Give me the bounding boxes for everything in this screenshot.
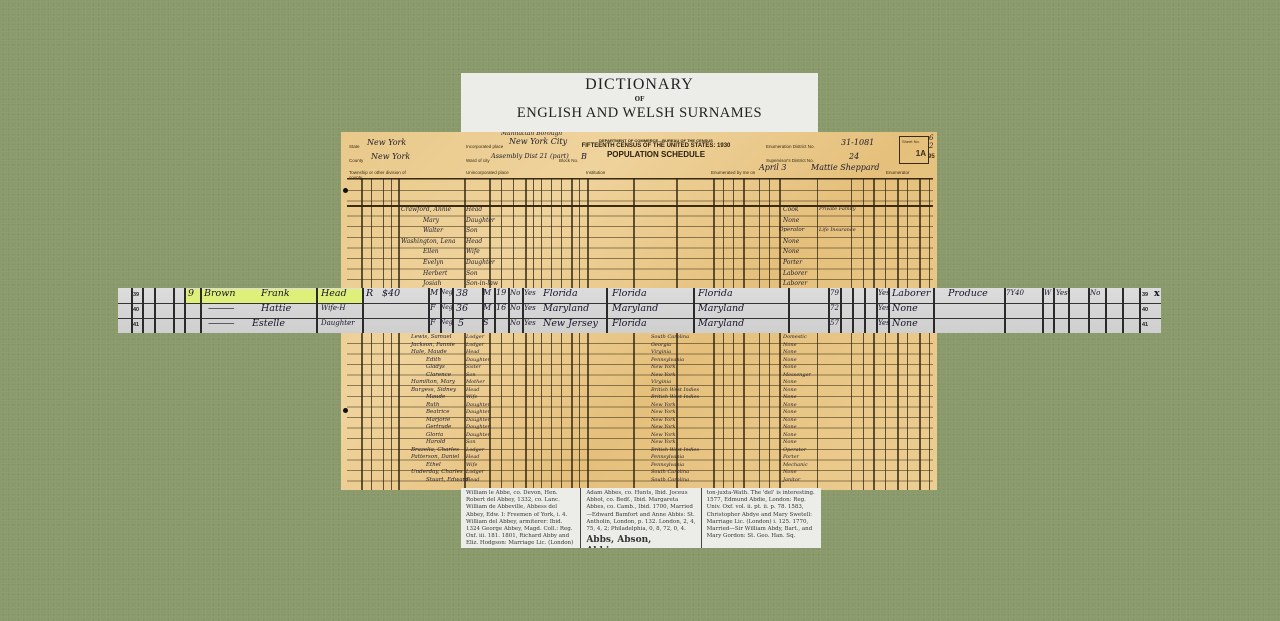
strip-grid-line: [154, 288, 156, 333]
enum-district-value: 31-1081: [841, 138, 874, 147]
census-rows-top: Crawford, Annie Head Cook Private Family…: [401, 207, 931, 292]
census-row: Washington, Lena Head None: [401, 239, 931, 250]
given-name: Frank: [261, 288, 290, 299]
census-row: Evelyn Daughter Porter: [401, 260, 931, 271]
sheet-label: Sheet No.: [900, 137, 928, 146]
line-number-right: 39: [1142, 292, 1148, 298]
grid-line: [398, 178, 400, 490]
county-label: County: [349, 158, 363, 163]
strip-grid-line: [606, 288, 608, 333]
line-number: 41: [133, 322, 139, 328]
state-label: State: [349, 144, 360, 149]
dictionary-column: Adam Abbes, co. Hunts, Ibid. Joceus Abbo…: [581, 488, 701, 548]
literate: Yes: [524, 319, 536, 327]
race: Neg: [440, 319, 453, 326]
enumerator-label: Enumerator: [886, 170, 910, 175]
place-label: Incorporated place: [466, 144, 503, 149]
dictionary-column: William le Abbe, co. Devon, Hen. Robert …: [461, 488, 581, 548]
occ-code: 7Y40: [1006, 289, 1024, 297]
strip-grid-line: [788, 288, 790, 333]
mother-birthplace: Maryland: [698, 303, 744, 314]
code: 57: [830, 319, 839, 327]
literate: Yes: [524, 289, 536, 297]
school: No: [510, 304, 520, 312]
enum-district-label: Enumeration District No.: [766, 144, 815, 149]
occupation: Laborer: [892, 288, 930, 299]
code: 72: [830, 304, 839, 312]
dictionary-of: OF: [461, 96, 818, 103]
strip-grid-line: [142, 288, 144, 333]
school: No: [510, 319, 520, 327]
industry: Produce: [948, 288, 988, 299]
class: W: [1044, 289, 1051, 297]
strip-grid-line: [1053, 288, 1055, 333]
grid-line: [371, 178, 372, 490]
mother-birthplace: Florida: [698, 288, 733, 299]
census-row: Stuart, EdwardHeadSouth CarolinaJanitor: [401, 478, 931, 486]
dictionary-entry-heading: Abbs, Abson, Abbison.—: [586, 535, 695, 548]
strip-grid-line: [200, 288, 202, 333]
code: 79: [830, 289, 839, 297]
school: No: [510, 289, 520, 297]
census-title: FIFTEENTH CENSUS OF THE UNITED STATES: 1…: [546, 143, 766, 149]
strip-grid-line: [1122, 288, 1124, 333]
line-number: 40: [133, 307, 139, 313]
strip-grid-line: [864, 288, 866, 333]
dictionary-entry-text: Adam Abbes, co. Hunts, Ibid. Joceus Abbo…: [586, 490, 695, 532]
home-value: $40: [382, 288, 400, 299]
sheet-value: 1A: [900, 149, 928, 158]
dwelling-number: 9: [188, 288, 194, 299]
employed: Yes: [1056, 289, 1068, 297]
grid-line: [391, 178, 392, 490]
race: Neg: [440, 304, 453, 311]
strip-grid-line: [362, 288, 364, 333]
enumerated-label: Enumerated by me on: [711, 170, 755, 175]
line-number-right: 41: [1142, 322, 1148, 328]
sheet-stamp-top: 6 2: [929, 134, 937, 150]
age: 36: [456, 303, 468, 314]
given-name: Estelle: [252, 318, 285, 329]
father-birthplace: Florida: [612, 318, 647, 329]
dictionary-subtitle: ENGLISH AND WELSH SURNAMES: [461, 105, 818, 122]
dictionary-column: ton-juxta-Wath. The 'del' is interesting…: [702, 488, 821, 548]
birthplace: Maryland: [543, 303, 589, 314]
father-birthplace: Florida: [612, 288, 647, 299]
home-tenure: R: [366, 288, 373, 299]
strip-grid-line: [1068, 288, 1070, 333]
binder-hole: [343, 408, 348, 413]
given-name: Hattie: [261, 303, 291, 314]
census-rows-bottom: Lewis, SamuelLodgerSouth CarolinaDomesti…: [401, 335, 931, 485]
dictionary-excerpt: William le Abbe, co. Devon, Hen. Robert …: [461, 488, 821, 548]
census-header: State New York County New York Township …: [341, 132, 937, 182]
age: 5: [458, 318, 464, 329]
occupation: None: [892, 303, 918, 314]
mother-birthplace: Maryland: [698, 318, 744, 329]
father-birthplace: Maryland: [612, 303, 658, 314]
dictionary-entry-text: ton-juxta-Wath. The 'del' is interesting…: [707, 490, 815, 539]
census-title-block: DEPARTMENT OF COMMERCE—BUREAU OF THE CEN…: [546, 138, 766, 159]
sex: F: [430, 303, 436, 312]
sex: M: [430, 288, 438, 297]
race: Neg: [440, 289, 453, 296]
dictionary-entry-text: William le Abbe, co. Devon, Hen. Robert …: [466, 490, 573, 548]
sex: F: [430, 318, 436, 327]
marital: M: [483, 288, 491, 297]
sheet-stamp-bottom: 95: [928, 154, 935, 160]
strip-grid-line: [840, 288, 842, 333]
ward-label: Ward of city: [466, 158, 490, 163]
mark: x: [1154, 288, 1160, 299]
marital: S: [483, 318, 488, 327]
veteran: No: [1090, 289, 1100, 297]
relation: Wife-H: [321, 304, 346, 312]
ditto-mark: ———: [208, 318, 234, 329]
english: Yes: [878, 319, 890, 327]
literate: Yes: [524, 304, 536, 312]
county-value: New York: [371, 152, 410, 161]
age-married: 16: [496, 303, 506, 312]
surname: Brown: [204, 288, 236, 299]
strip-grid-line: [933, 288, 935, 333]
highlight-strip: 39 40 41 9 Brown Frank Head R $40 M Neg …: [118, 288, 1161, 333]
birthplace: Florida: [543, 288, 578, 299]
ditto-mark: ———: [208, 303, 234, 314]
binder-hole: [343, 188, 348, 193]
age-married: 19: [496, 288, 506, 297]
strip-grid-line: [173, 288, 175, 333]
line-number-right: 40: [1142, 307, 1148, 313]
grid-line: [383, 178, 384, 490]
strip-grid-line: [1105, 288, 1107, 333]
enumerator-name: Mattie Sheppard: [811, 163, 880, 172]
enumerated-date: April 3: [759, 163, 786, 172]
occupation: None: [892, 318, 918, 329]
dictionary-title-card: DICTIONARY OF ENGLISH AND WELSH SURNAMES: [461, 73, 818, 135]
census-schedule: POPULATION SCHEDULE: [546, 150, 766, 159]
age: 38: [456, 288, 468, 299]
english: Yes: [878, 304, 890, 312]
relation: Daughter: [321, 319, 355, 327]
strip-grid-line: [316, 288, 318, 333]
state-value: New York: [367, 138, 406, 147]
sheet-number-box: Sheet No. 1A: [899, 136, 929, 164]
relation: Head: [321, 288, 347, 299]
birthplace: New Jersey: [543, 318, 598, 329]
line-number: 39: [133, 292, 139, 298]
strip-grid-line: [852, 288, 854, 333]
strip-grid-line: [693, 288, 695, 333]
unincorporated-label: Unincorporated place: [466, 170, 509, 175]
institution-label: Institution: [586, 170, 605, 175]
strip-grid-line: [184, 288, 186, 333]
strip-grid-line: [1139, 288, 1141, 333]
english: Yes: [878, 289, 890, 297]
marital: M: [483, 303, 491, 312]
supervisor-value: 24: [849, 152, 859, 161]
grid-line: [361, 178, 363, 490]
dictionary-title: DICTIONARY: [461, 76, 818, 94]
